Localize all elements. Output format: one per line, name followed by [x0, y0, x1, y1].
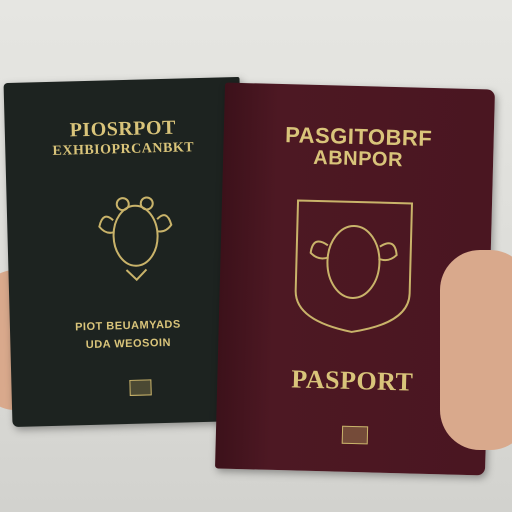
green-passport-bottom-line1: PIOT BEUAMYADS — [10, 317, 246, 335]
right-hand — [440, 250, 512, 450]
biometric-chip-icon — [342, 426, 368, 445]
biometric-chip-icon — [129, 379, 151, 396]
photo-scene: PIOSRPOT EXHBIOPRCANBKT PIOT BEUAMYADS U… — [0, 0, 512, 512]
double-headed-eagle-icon — [94, 189, 176, 283]
green-passport: PIOSRPOT EXHBIOPRCANBKT PIOT BEUAMYADS U… — [4, 77, 249, 427]
green-passport-bottom-line2: UDA WEOSOIN — [10, 335, 246, 353]
coat-of-arms-shield-icon — [289, 194, 419, 337]
